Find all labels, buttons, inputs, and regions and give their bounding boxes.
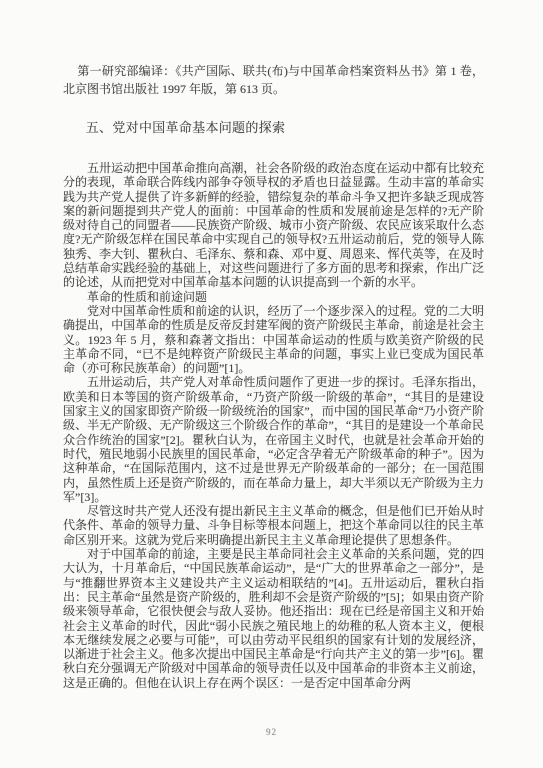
paragraph: 对于中国革命的前途，主要是民主革命同社会主义革命的关系问题，党的四大认为，十月革… [63,547,484,690]
paragraph: 尽管这时共产党人还没有提出新民主主义革命的概念，但是他们已开始从时代条件、革命的… [63,504,484,547]
footnote-citation: 第一研究部编译：《共产国际、联共(布)与中国革命档案资料丛书》第 1 卷，北京图… [63,62,484,98]
subsection-heading: 革命的性质和前途问题 [63,290,484,304]
paragraph: 党对中国革命性质和前途的认识，经历了一个逐步深入的过程。党的二大明确提出，中国革… [63,304,484,375]
paragraph: 五卅运动把中国革命推向高潮，社会各阶级的政治态度在运动中都有比较充分的表现，革命… [63,161,484,290]
book-page: 第一研究部编译：《共产国际、联共(布)与中国革命档案资料丛书》第 1 卷，北京图… [0,0,543,768]
page-number: 92 [0,727,543,737]
section-heading: 五、党对中国革命基本问题的探索 [63,117,484,136]
paragraph: 五卅运动后，共产党人对革命性质问题作了更进一步的探讨。毛泽东指出，欧美和日本等国… [63,375,484,504]
body-text: 五卅运动把中国革命推向高潮，社会各阶级的政治态度在运动中都有比较充分的表现，革命… [63,161,484,690]
